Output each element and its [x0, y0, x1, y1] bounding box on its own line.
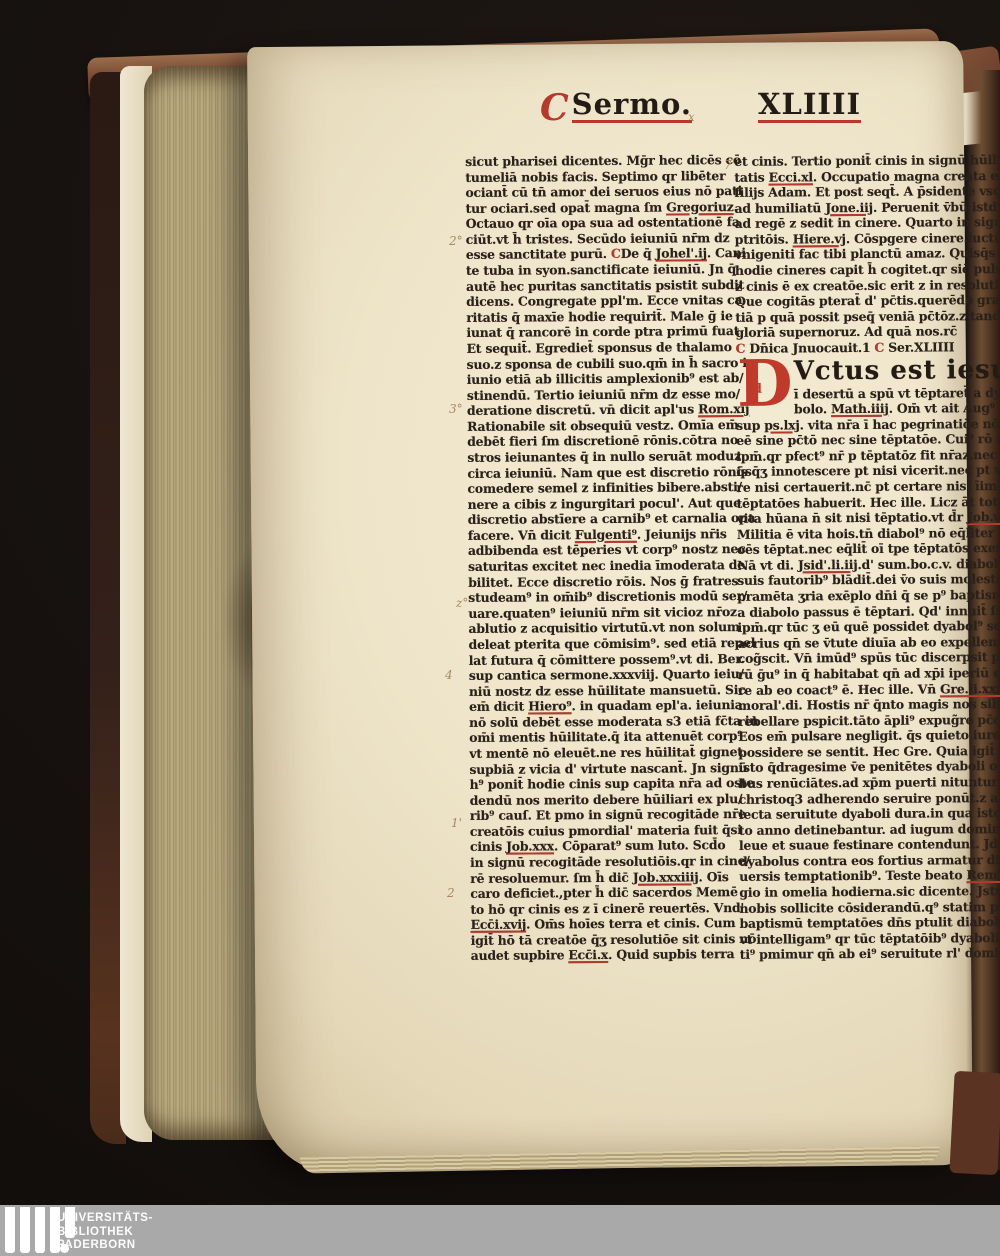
text-line: deleat pterita que cōmisim⁹. sed etiā re…: [469, 635, 735, 652]
text-line: uare.quaten⁹ ieiuniū nr̄m sit vicioz nr̄…: [468, 604, 734, 621]
pilcrow-mark: C: [540, 94, 569, 123]
text-line: studeam⁹ in om̄ib⁹ discretionis modū ser…: [468, 588, 734, 605]
text-line: Eos em̄ pulsare negligit. q̄s quieto iur…: [738, 727, 978, 744]
text-line: bus renūciātes.ad xp̄m puerti nituntur.: [739, 774, 979, 791]
text-line: oēs tēptat.nec eq̄lit̄ oī tpe tēptatōs e…: [737, 540, 977, 557]
text-line: gloriā supernoruz. Ad quā nos.rc̄: [735, 324, 975, 341]
text-line: Ecc̄i.xvij. Om̄s hoīes terra et cinis. C…: [471, 915, 737, 932]
text-line: debēt fieri ſm discretionē rōnis.cōtra n…: [467, 432, 733, 449]
text-line: dyabolus contra eos fortius armatur di: [739, 852, 979, 869]
text-line: lat futura q̄ cōmittere possem⁹.vt di. B…: [469, 651, 735, 668]
text-line: filijs Adam. Et post seqt̄. A p̄sidente …: [734, 183, 974, 200]
folio-number: XLIIII: [758, 90, 861, 123]
text-line: deratione discretū. vn̄ dicit apl'us Rom…: [467, 401, 733, 418]
text-line: sup cantica sermone.xxxviij. Quarto ieiu…: [469, 666, 735, 683]
library-name-line: BIBLIOTHEK: [57, 1226, 153, 1240]
text-line: tiā p quā possit pseq̄ veniā pc̄tōz.z ta…: [735, 308, 975, 325]
text-line: rebellare pspicit.tāto āpli⁹ expug̃re pc…: [738, 712, 978, 729]
text-line: caro deficiet.,pter h̄ dic̄ sacerdos Mem…: [470, 884, 736, 901]
text-line: eē sine pc̄tō nec sine tēptatōe. Cui⁹ rō…: [736, 431, 976, 448]
text-line: a diabolo passus ē tēptari. Qd' innuit̄ …: [737, 603, 977, 620]
text-line: iunat q̄ rancorē in corde ptra primū fua…: [466, 323, 732, 340]
book-photograph: C Sermo. XLIIII sicut pharisei dicentes.…: [0, 0, 1000, 1256]
text-line: ti⁹ pmimur qn̄ ab ei⁹ seruitute rl' domi…: [740, 945, 980, 962]
text-line: audet supbire Ecc̄i.x. Quid supbis terra: [471, 947, 737, 964]
text-line: tatis Ecci.xl. Occupatio magna creata es…: [734, 168, 974, 185]
text-line: moral'.di. Hostis nr̄ q̄nto magis nos si…: [738, 696, 978, 713]
text-line: bilitet. Ecce discretio rōis. Nos ḡ frat…: [468, 573, 734, 590]
text-line: Rationabile sit obsequiū vestz. Omīa em̄: [467, 417, 733, 434]
text-line: Et sequit̄. Egrediet̄ sponsus de thalamo: [466, 339, 732, 356]
text-line: in signū recogitāde resolutiōis.qr in ci…: [470, 853, 736, 870]
text-line: baptismū temptatōes dn̄s ptulit diaboli.: [740, 914, 980, 931]
text-line: Octauo qr oīa opa sua ad ostentationē fa: [466, 214, 732, 231]
text-line: te tuba in syon.sanctificate ieiuniū. Jn…: [466, 261, 732, 278]
text-line: rū ḡu⁹ in q̄ habitabat qn̄ ad xp̄i iperi…: [738, 665, 978, 682]
margin-mark: z°: [456, 596, 468, 610]
library-name-line: UNIVERSITÄTS-: [57, 1212, 153, 1226]
page-title: Sermo.: [572, 90, 692, 123]
text-line: suis fautorib⁹ blādit̄.dei v̄o suis mole…: [737, 572, 977, 589]
text-line: christoq3 adherendo seruire ponūt.z ab/: [739, 790, 979, 807]
text-line: rib⁹ cauſ. Et pmo in signū recogitāde nr…: [470, 806, 736, 823]
margin-mark: x: [688, 110, 695, 124]
text-line: vnigeniti fac tibi planctū amaz. Quisq̄s…: [735, 246, 975, 263]
running-head: C Sermo. XLIIII: [540, 90, 861, 123]
text-line: to anno detinebantur. ad iugum domini: [739, 821, 979, 838]
text-line: om̄i mentis hūilitate.q̄ ita attenuēt co…: [469, 728, 735, 745]
margin-mark: 2°: [449, 234, 463, 248]
margin-mark: 2: [447, 886, 455, 900]
text-line: to hō qr cinis es z ī cinerē reuertēs. V…: [470, 900, 736, 917]
text-line: igit̄ hō tā creatōe q̄ʒ resolutiōe sit c…: [471, 931, 737, 948]
text-column-right: et cinis. Tertio ponit̄ cinis in signū h…: [734, 152, 980, 963]
text-line: vt mentē nō eleuēt.ne res hūilitat̄ gign…: [469, 744, 735, 761]
text-line: dicens. Congregate ppl'm. Ecce vnitas ca: [466, 292, 732, 309]
text-line: vt intelligam⁹ qr tūc tēptatōib⁹ dyaboli…: [740, 930, 980, 947]
text-line: tēptatōes habuerit. Hec ille. Licz āt to…: [737, 494, 977, 511]
text-line: tur ociari.sed opat̄ magna ſm Gregoriuz.: [466, 199, 732, 216]
text-line: cinis Job.xxx. Cōparat⁹ sum luto. Scd̄o: [470, 838, 736, 855]
text-line: stinendū. Tertio ieiuniū nr̄m dz esse mo…: [467, 386, 733, 403]
text-line: vita hūana n̄ sit nisi tēptatio.vt d̄r J…: [737, 509, 977, 526]
library-name-line: PADERBORN: [57, 1239, 153, 1253]
text-line: em̄ dicit Hiero⁹. in quadam epl'a. ieiun…: [469, 697, 735, 714]
text-line: nobis sollicite cōsiderandū.q⁹ statim po…: [739, 899, 979, 916]
text-line: nere a cibis z ingurgitari pocul'. Aut q…: [468, 495, 734, 512]
text-line: et cinis. Tertio ponit̄ cinis in signū h…: [734, 152, 974, 169]
text-line: uersis temptationib⁹. Teste beato Remi/: [739, 868, 979, 885]
margin-mark: 3°: [449, 402, 463, 416]
text-line: q̄sq̄ʒ innotescere pt nisi vicerit.nec p…: [736, 463, 976, 480]
text-line: ad regē z sedit in cinere. Quarto in sig…: [735, 214, 975, 231]
text-line: possidere se sentit. Hec Gre. Quia igit̄…: [738, 743, 978, 760]
text-line: re nisi certauerit.nc̄ pt certare nisi ī…: [736, 478, 976, 495]
book-cover-bottom-right: [949, 1071, 1000, 1175]
text-line: facere. Vn̄ dicit Fulgenti⁹. Jeiunijs nr…: [468, 526, 734, 543]
text-line: suo.z sponsa de cubili suo.qm̄ in h̄ sac…: [467, 355, 733, 372]
text-line: hodie cineres capit h̄ cogitet.qr sic̄ p…: [735, 261, 975, 278]
text-column-left: sicut pharisei dicentes. Mḡr hec dicēs c…: [465, 152, 737, 964]
text-line: cog̃scit. Vn̄ imūd⁹ spūs tūc discerpsit …: [738, 650, 978, 667]
text-line: ciūt.vt h̄ tristes. Secūdo ieiuniū nr̄m …: [466, 230, 732, 247]
text-line: re ab eo coact⁹ ē. Hec ille. Vn̄ Gre.li.…: [738, 681, 978, 698]
text-line: sicut pharisei dicentes. Mḡr hec dicēs c…: [465, 152, 731, 169]
text-line: esse sanctitate purū. CDe q̄ Johel'.ij. …: [466, 246, 732, 263]
text-line: ptritōis. Hiere.vj. Cōspgere cinere.luct…: [735, 230, 975, 247]
margin-mark: 1': [451, 816, 462, 830]
margin-mark: 4: [445, 668, 453, 682]
text-line: discretio abstīere a carnib⁹ et carnalia…: [468, 510, 734, 527]
text-line: pramēta ʒria exēplo dn̄i q̄ se p⁹ baptis…: [737, 587, 977, 604]
text-line: dendū nos merito debere hūiliari ex plu/: [470, 791, 736, 808]
text-line: ad humiliatū Jone.iij. Peruenit v̄bū ist…: [735, 199, 975, 216]
text-line: ipm̄.qr tūc ʒ eū quē possidet dyabol⁹ se…: [737, 618, 977, 635]
text-line: ociant̄ cū tn̄ amor dei seruos eius nō p…: [465, 183, 731, 200]
guide-letter: d: [753, 382, 762, 395]
margin-mark: 7: [724, 158, 732, 172]
text-line: Que cogitās pterat̄ d' pc̄tis.querēdo gr…: [735, 292, 975, 309]
text-line: gio in omelia hodierna.sic dicente. Jstu…: [739, 883, 979, 900]
text-line: saturitas excitet nec inedia īmoderata d…: [468, 557, 734, 574]
library-name: UNIVERSITÄTS-BIBLIOTHEKPADERBORN: [57, 1212, 153, 1253]
text-line: h⁹ ponit̄ hodie cinis sup capita nr̄a ad…: [470, 775, 736, 792]
text-line: comedere semel z infinities bibere.absti…: [467, 479, 733, 496]
text-line: niū nostz dz esse hūilitate mansuetū. Si…: [469, 682, 735, 699]
text-line: ritatis q̄ maxīe hodie requirit̄. Male ḡ…: [466, 308, 732, 325]
text-line: ablutio z acquisitio virtutū.vt non solu…: [468, 619, 734, 636]
text-line: circa ieiuniū. Nam que est discretio rōn…: [467, 464, 733, 481]
text-line: nō solū debēt esse moderata s3 etiā fc̄t…: [469, 713, 735, 730]
text-line: autē hec puritas sanctitatis psistit sub…: [466, 277, 732, 294]
text-line: adbibenda est tēperies vt corp⁹ nostz ne…: [468, 542, 734, 559]
lombard-initial: Dd: [736, 356, 794, 416]
text-line: iunio etiā ab illicitis amplexionib⁹ est…: [467, 370, 733, 387]
text-line: iecta seruitute dyaboli dura.in qua isto…: [739, 805, 979, 822]
text-line: stros ieiunantes q̄ in nullo seruāt modu…: [467, 448, 733, 465]
text-line: acrius qn̄ se v̄tute diuīa ab eo expelle…: [738, 634, 978, 651]
text-line: leue et suaue festinare contendunt. Jdeo: [739, 836, 979, 853]
text-line: isto q̄dragesime v̄e penitētes dyaboli o…: [738, 759, 978, 776]
sermon-incipit: DdVctus est iesusī desertū a spū vt tēpt…: [736, 355, 976, 418]
text-line: ipm̄.qr pfect⁹ nr̄ p tēptatōz fit nr̄az.…: [736, 447, 976, 464]
